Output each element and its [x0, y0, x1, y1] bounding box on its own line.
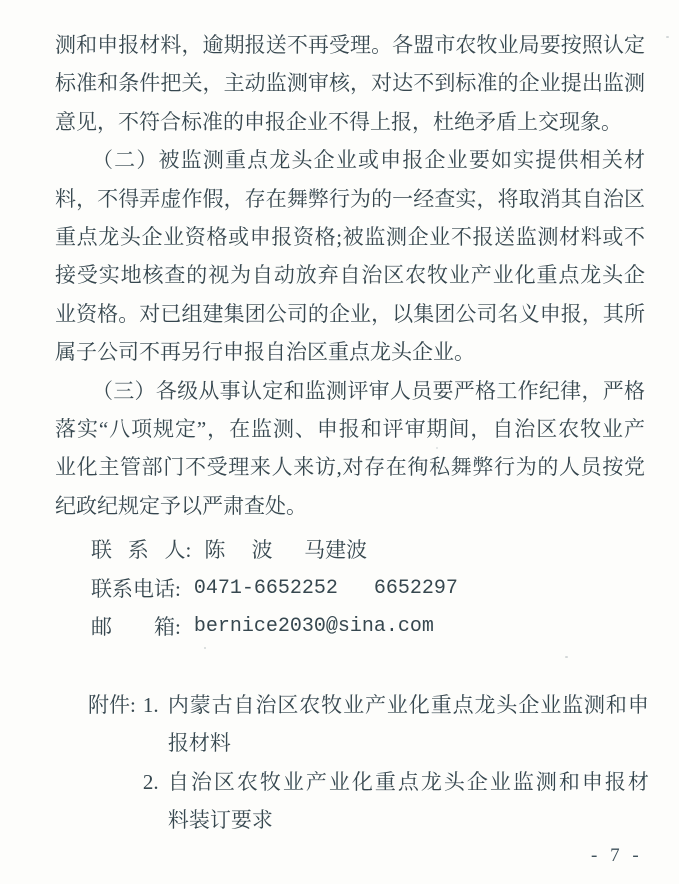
text-line: 料，不得弄虚作假，存在舞弊行为的一经查实，将取消其自治区	[55, 180, 645, 218]
contact-person-value: 陈 波 马建波	[204, 531, 367, 570]
contact-label: 邮 箱:	[91, 608, 181, 647]
body-text: 测和申报材料，逾期报送不再受理。各盟市农牧业局要按照认定 标准和条件把关，主动监…	[55, 26, 645, 839]
attachments-label: 附件:	[88, 686, 136, 840]
text-line: 测和申报材料，逾期报送不再受理。各盟市农牧业局要按照认定	[55, 26, 645, 64]
document-page: 测和申报材料，逾期报送不再受理。各盟市农牧业局要按照认定 标准和条件把关，主动监…	[0, 0, 679, 884]
text-line: 内蒙古自治区农牧业产业化重点龙头企业监测和申	[168, 686, 649, 724]
text-line: 报材料	[168, 724, 649, 762]
contact-email-row: 邮 箱: bernice2030@sina.com	[91, 608, 645, 647]
paragraph-item-two: （二）被监测重点龙头企业或申报企业要如实提供相关材 料，不得弄虚作假，存在舞弊行…	[55, 141, 645, 371]
text-line: （三）各级从事认定和监测评审人员要严格工作纪律，严格	[55, 372, 645, 410]
attachment-item: 1. 内蒙古自治区农牧业产业化重点龙头企业监测和申 报材料	[143, 686, 649, 763]
attachment-item-number: 2.	[143, 763, 168, 840]
contact-phone-value: 0471-6652252 6652297	[194, 570, 458, 609]
text-line: 接受实地核查的视为自动放弃自治区农牧业产业化重点龙头企	[55, 256, 645, 294]
attachments-block: 附件: 1. 内蒙古自治区农牧业产业化重点龙头企业监测和申 报材料 2. 自治区…	[88, 686, 645, 840]
attachment-item: 2. 自治区农牧业产业化重点龙头企业监测和申报材 料装订要求	[143, 763, 649, 840]
attachment-item-text: 自治区农牧业产业化重点龙头企业监测和申报材 料装订要求	[168, 763, 649, 840]
text-line: 纪政纪规定予以严肃查处。	[55, 487, 645, 525]
contact-person-row: 联 系 人: 陈 波 马建波	[91, 531, 645, 570]
contact-email-value: bernice2030@sina.com	[194, 608, 434, 647]
text-line: 业化主管部门不受理来人来访,对存在徇私舞弊行为的人员按党	[55, 448, 645, 486]
text-line: 标准和条件把关，主动监测审核，对达不到标准的企业提出监测	[55, 64, 645, 102]
text-line: 意见，不符合标准的申报企业不得上报，杜绝矛盾上交现象。	[55, 103, 645, 141]
scan-speck	[204, 647, 206, 649]
text-line: 落实“八项规定”，在监测、申报和评审期间，自治区农牧业产	[55, 410, 645, 448]
text-line: 料装订要求	[168, 801, 649, 839]
contact-label: 联 系 人:	[91, 531, 191, 570]
contact-label: 联系电话:	[91, 570, 181, 609]
text-line: 自治区农牧业产业化重点龙头企业监测和申报材	[168, 763, 649, 801]
text-line: 重点龙头企业资格或申报资格;被监测企业不报送监测材料或不	[55, 218, 645, 256]
paragraph-continuation: 测和申报材料，逾期报送不再受理。各盟市农牧业局要按照认定 标准和条件把关，主动监…	[55, 26, 645, 141]
text-line: （二）被监测重点龙头企业或申报企业要如实提供相关材	[55, 141, 645, 179]
page-number: - 7 -	[591, 845, 643, 867]
scan-speck	[436, 447, 438, 449]
attachment-item-number: 1.	[143, 686, 168, 763]
text-line: 属子公司不再另行申报自治区重点龙头企业。	[55, 333, 645, 371]
paragraph-item-three: （三）各级从事认定和监测评审人员要严格工作纪律，严格 落实“八项规定”，在监测、…	[55, 372, 645, 526]
scan-speck	[666, 36, 669, 38]
scan-speck	[299, 589, 301, 591]
text-line: 业资格。对已组建集团公司的企业，以集团公司名义申报，其所	[55, 295, 645, 333]
attachments-list: 1. 内蒙古自治区农牧业产业化重点龙头企业监测和申 报材料 2. 自治区农牧业产…	[143, 686, 649, 840]
contact-phone-row: 联系电话: 0471-6652252 6652297	[91, 570, 645, 609]
contact-info: 联 系 人: 陈 波 马建波 联系电话: 0471-6652252 665229…	[91, 531, 645, 647]
attachment-item-text: 内蒙古自治区农牧业产业化重点龙头企业监测和申 报材料	[168, 686, 649, 763]
scan-speck	[565, 656, 568, 658]
